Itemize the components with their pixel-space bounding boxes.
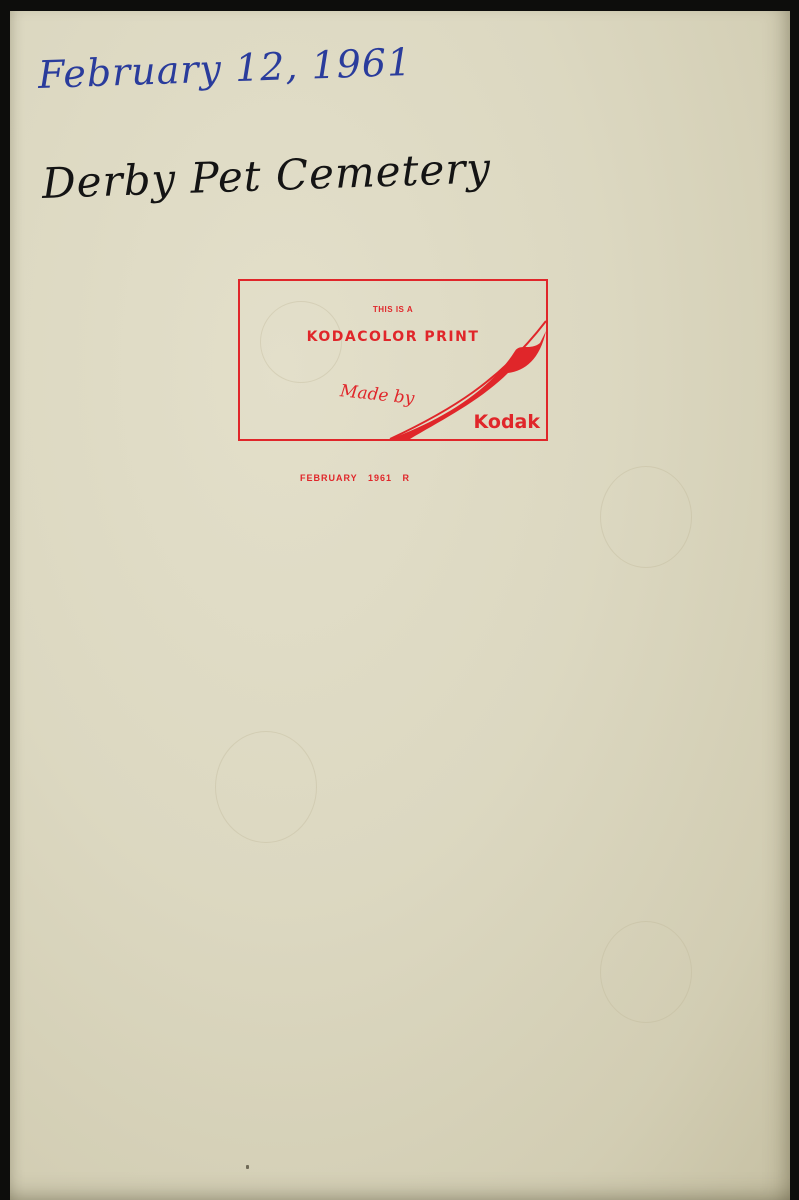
handwritten-place: Derby Pet Cemetery xyxy=(41,143,492,208)
stamp-made-by: Made by xyxy=(339,381,415,409)
watermark-circle xyxy=(600,921,692,1023)
photo-back-paper: February 12, 1961 Derby Pet Cemetery THI… xyxy=(10,11,790,1200)
kodacolor-stamp: THIS IS A KODACOLOR PRINT Made by Kodak xyxy=(238,279,548,441)
stamp-kodak-logo: Kodak xyxy=(474,411,541,433)
stamp-line-small: THIS IS A xyxy=(240,305,546,314)
watermark-circle xyxy=(600,466,692,568)
watermark-circle xyxy=(215,731,317,843)
handwritten-date: February 12, 1961 xyxy=(37,40,413,97)
print-date-stamp: FEBRUARY 1961 R xyxy=(300,473,410,483)
stamp-line-main: KODACOLOR PRINT xyxy=(240,329,546,345)
photo-background: February 12, 1961 Derby Pet Cemetery THI… xyxy=(0,0,799,1200)
dust-speck xyxy=(246,1165,249,1169)
